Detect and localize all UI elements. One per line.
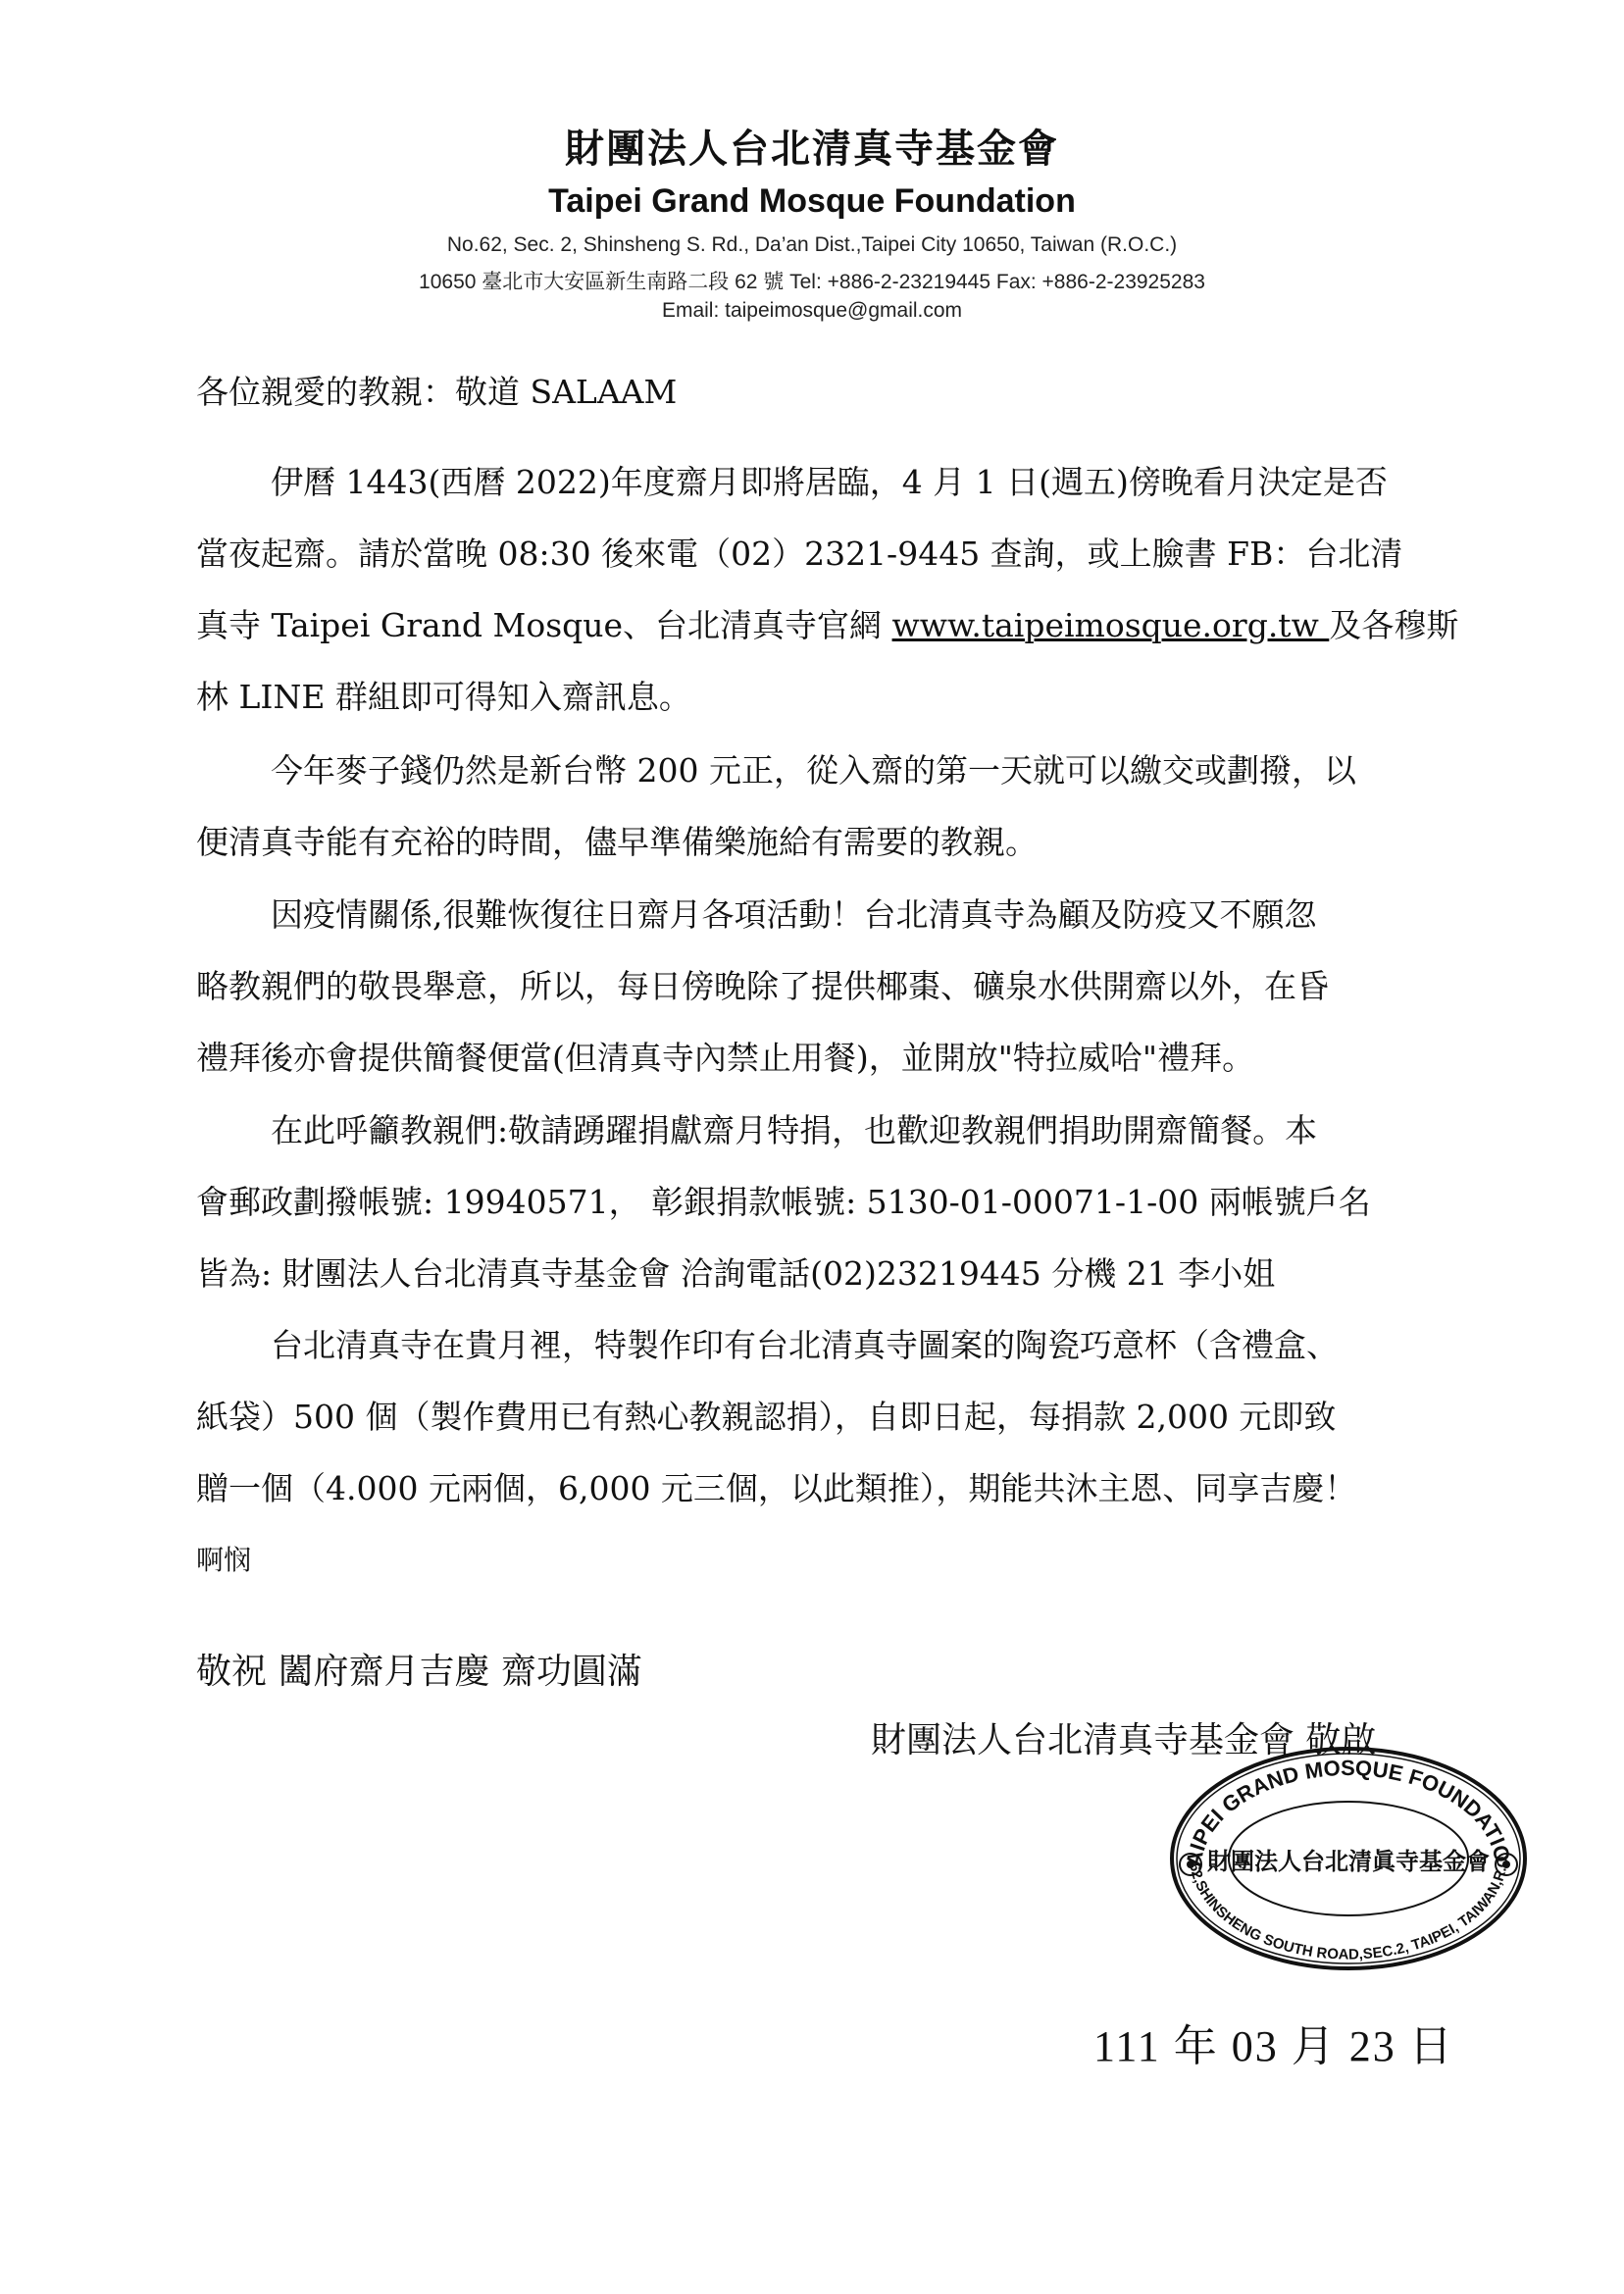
paragraph-line-text: 真寺 Taipei Grand Mosque、台北清真寺官網	[196, 606, 892, 644]
org-name-chinese: 財團法人台北清真寺基金會	[0, 118, 1624, 174]
paragraph-ramadan-start: 伊曆 1443(西曆 2022)年度齋月即將居臨，4 月 1 日(週五)傍晚看月…	[196, 446, 1540, 733]
paragraph-line: 啊悯	[196, 1524, 1540, 1596]
greeting: 各位親愛的教親：敬道 SALAAM	[196, 356, 1540, 428]
paragraph-line: 伊曆 1443(西曆 2022)年度齋月即將居臨，4 月 1 日(週五)傍晚看月…	[196, 446, 1540, 518]
paragraph-fitrah: 今年麥子錢仍然是新台幣 200 元正，從入齋的第一天就可以繳交或劃撥，以 便清真…	[196, 735, 1540, 878]
letter-date: 111 年 03 月 23 日	[1093, 2011, 1454, 2073]
paragraph-pandemic: 因疫情關係,很難恢復往日齋月各項活動！台北清真寺為顧及防疫又不願忽 略教親們的敬…	[196, 879, 1540, 1094]
paragraph-gift-cups: 台北清真寺在貴月裡，特製作印有台北清真寺圖案的陶瓷巧意杯（含禮盒、 紙袋）500…	[196, 1309, 1540, 1596]
paragraph-donation-accounts: 在此呼籲教親們:敬請踴躍捐獻齋月特捐，也歡迎教親們捐助開齋簡餐。本 會郵政劃撥帳…	[196, 1095, 1540, 1309]
paragraph-line: 皆為: 財團法人台北清真寺基金會 洽詢電話(02)23219445 分機 21 …	[196, 1238, 1540, 1309]
paragraph-line: 在此呼籲教親們:敬請踴躍捐獻齋月特捐，也歡迎教親們捐助開齋簡餐。本	[196, 1095, 1540, 1166]
address-english: No.62, Sec. 2, Shinsheng S. Rd., Da’an D…	[0, 233, 1624, 257]
paragraph-line: 當夜起齋。請於當晚 08:30 後來電（02）2321-9445 查詢，或上臉書…	[196, 518, 1540, 589]
svg-text:財團法人台北清眞寺基金會: 財團法人台北清眞寺基金會	[1207, 1848, 1490, 1875]
foundation-seal-stamp: TAIPEI GRAND MOSQUE FOUNDATION NO.62,SHI…	[1162, 1741, 1535, 1976]
paragraph-line: 會郵政劃撥帳號: 19940571， 彰銀捐款帳號: 5130-01-00071…	[196, 1166, 1540, 1238]
paragraph-line: 林 LINE 群組即可得知入齋訊息。	[196, 661, 1540, 733]
paragraph-line: 因疫情關係,很難恢復往日齋月各項活動！台北清真寺為顧及防疫又不願忽	[196, 879, 1540, 950]
org-name-english: Taipei Grand Mosque Foundation	[0, 182, 1624, 221]
closing-blessing: 敬祝 闔府齋月吉慶 齋功圓滿	[196, 1644, 642, 1694]
paragraph-line: 真寺 Taipei Grand Mosque、台北清真寺官網 www.taipe…	[196, 589, 1540, 661]
paragraph-line: 今年麥子錢仍然是新台幣 200 元正，從入齋的第一天就可以繳交或劃撥，以	[196, 735, 1540, 806]
paragraph-line: 贈一個（4.000 元兩個，6,000 元三個，以此類推），期能共沐主恩、同享吉…	[196, 1453, 1540, 1524]
paragraph-line: 禮拜後亦會提供簡餐便當(但清真寺內禁止用餐)，並開放"特拉威哈"禮拜。	[196, 1022, 1540, 1094]
address-chinese-contact: 10650 臺北市大安區新生南路二段 62 號 Tel: +886-2-2321…	[0, 266, 1624, 295]
paragraph-line: 略教親們的敬畏舉意，所以，每日傍晚除了提供椰棗、礦泉水供開齋以外，在昏	[196, 950, 1540, 1022]
paragraph-line: 台北清真寺在貴月裡，特製作印有台北清真寺圖案的陶瓷巧意杯（含禮盒、	[196, 1309, 1540, 1381]
paragraph-line-text: 及各穆斯	[1329, 606, 1458, 644]
paragraph-line: 便清真寺能有充裕的時間，儘早準備樂施給有需要的教親。	[196, 806, 1540, 878]
seal-icon: TAIPEI GRAND MOSQUE FOUNDATION NO.62,SHI…	[1162, 1741, 1535, 1976]
paragraph-line: 紙袋）500 個（製作費用已有熱心教親認捐），自即日起，每捐款 2,000 元即…	[196, 1381, 1540, 1453]
email-line: Email: taipeimosque@gmail.com	[0, 299, 1624, 323]
letter-body: 各位親愛的教親：敬道 SALAAM	[196, 356, 1540, 428]
website-link[interactable]: www.taipeimosque.org.tw	[892, 606, 1330, 644]
